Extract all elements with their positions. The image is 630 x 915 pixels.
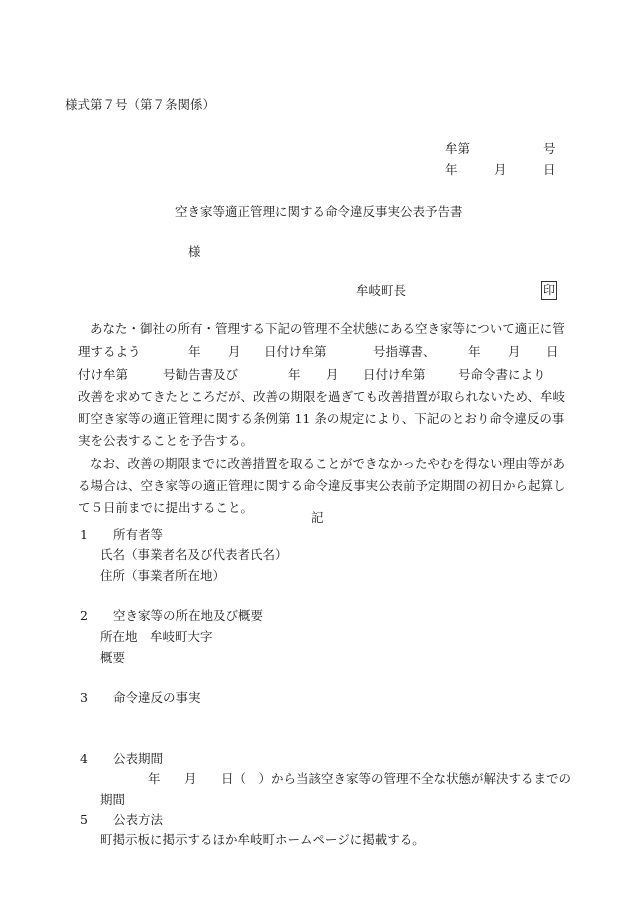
para1-line1: あなた・御社の所有・管理する下記の管理不全状態にある空き家等について適正に管 [90,322,565,336]
para1-line3-a: 付け牟第 [78,368,128,382]
para1-line2-b: 年 [188,345,201,359]
form-label: 様式第７号（第７条関係） [65,98,215,112]
item-5-line-1: 町掲示板に掲示するほか牟岐町ホームページに掲載する。 [100,833,425,847]
item-4-period-month: 月 [184,772,197,786]
addressee-suffix: 様 [188,245,201,259]
para2-line3: て５日前までに提出すること。 [78,501,253,515]
para1-line4: 改善を求めてきたところだが、改善の期限を過ぎても改善措置が取られないため、牟岐 [78,390,565,404]
item-4-heading: 公表期間 [113,752,163,766]
para1-line2-c: 月 [228,345,241,359]
issuer-name: 牟岐町長 [356,284,406,298]
document-title: 空き家等適正管理に関する命令違反事実公表予告書 [175,205,463,219]
date-day: 日 [543,163,556,177]
para1-line3-e: 日付け牟第 [363,368,426,382]
para1-line2-g: 月 [508,345,521,359]
ref-prefix: 牟第 [445,142,470,156]
item-4-period-rest: 日（ ）から当該空き家等の管理不全な状態が解決するまでの [221,772,571,786]
item-3-number: 3 [80,691,88,705]
date-year: 年 [445,163,458,177]
item-4-period-year: 年 [148,772,161,786]
item-3-heading: 命令違反の事実 [113,691,201,705]
item-2-number: 2 [80,609,88,623]
seal-mark: 印 [541,281,557,300]
para1-line3-c: 年 [288,368,301,382]
item-1-heading: 所有者等 [113,528,163,542]
item-4-line-1: 期間 [100,793,125,807]
para1-line2-d: 日付け牟第 [264,345,327,359]
para1-line5: 町空き家等の適正管理に関する条例第 11 条の規定により、下記のとおり命令違反の… [78,412,564,426]
para2-line2: る場合は、空き家等の適正管理に関する命令違反事実公表前予定期間の初日から起算し [78,479,566,493]
para1-line2-h: 日 [546,345,559,359]
document-page: 様式第７号（第７条関係） 牟第 号 年 月 日 空き家等適正管理に関する命令違反… [0,0,630,915]
item-5-heading: 公表方法 [113,813,163,827]
item-1-line-1: 氏名（事業者名及び代表者氏名） [100,548,288,562]
date-month: 月 [494,163,507,177]
item-1-number: 1 [80,528,88,542]
ref-suffix: 号 [543,142,556,156]
para1-line6: 実を公表することを予告する。 [78,434,253,448]
item-2-heading: 空き家等の所在地及び概要 [113,609,263,623]
item-1-line-2: 住所（事業者所在地） [100,569,225,583]
para1-line2-f: 年 [468,345,481,359]
para1-line3-f: 号命令書により [458,368,546,382]
item-2-line-2: 概要 [100,651,125,665]
ki-label: 記 [311,511,324,525]
para1-line3-d: 月 [326,368,339,382]
item-5-number: 5 [80,813,88,827]
item-2-line-1: 所在地 牟岐町大字 [100,630,213,644]
para1-line2-e: 号指導書、 [373,345,436,359]
para1-line2-a: 理するよう [78,345,141,359]
item-4-number: 4 [80,752,88,766]
para1-line3-b: 号勧告書及び [163,368,238,382]
para2-line1: なお、改善の期限までに改善措置を取ることができなかったやむを得ない理由等があ [90,457,565,471]
